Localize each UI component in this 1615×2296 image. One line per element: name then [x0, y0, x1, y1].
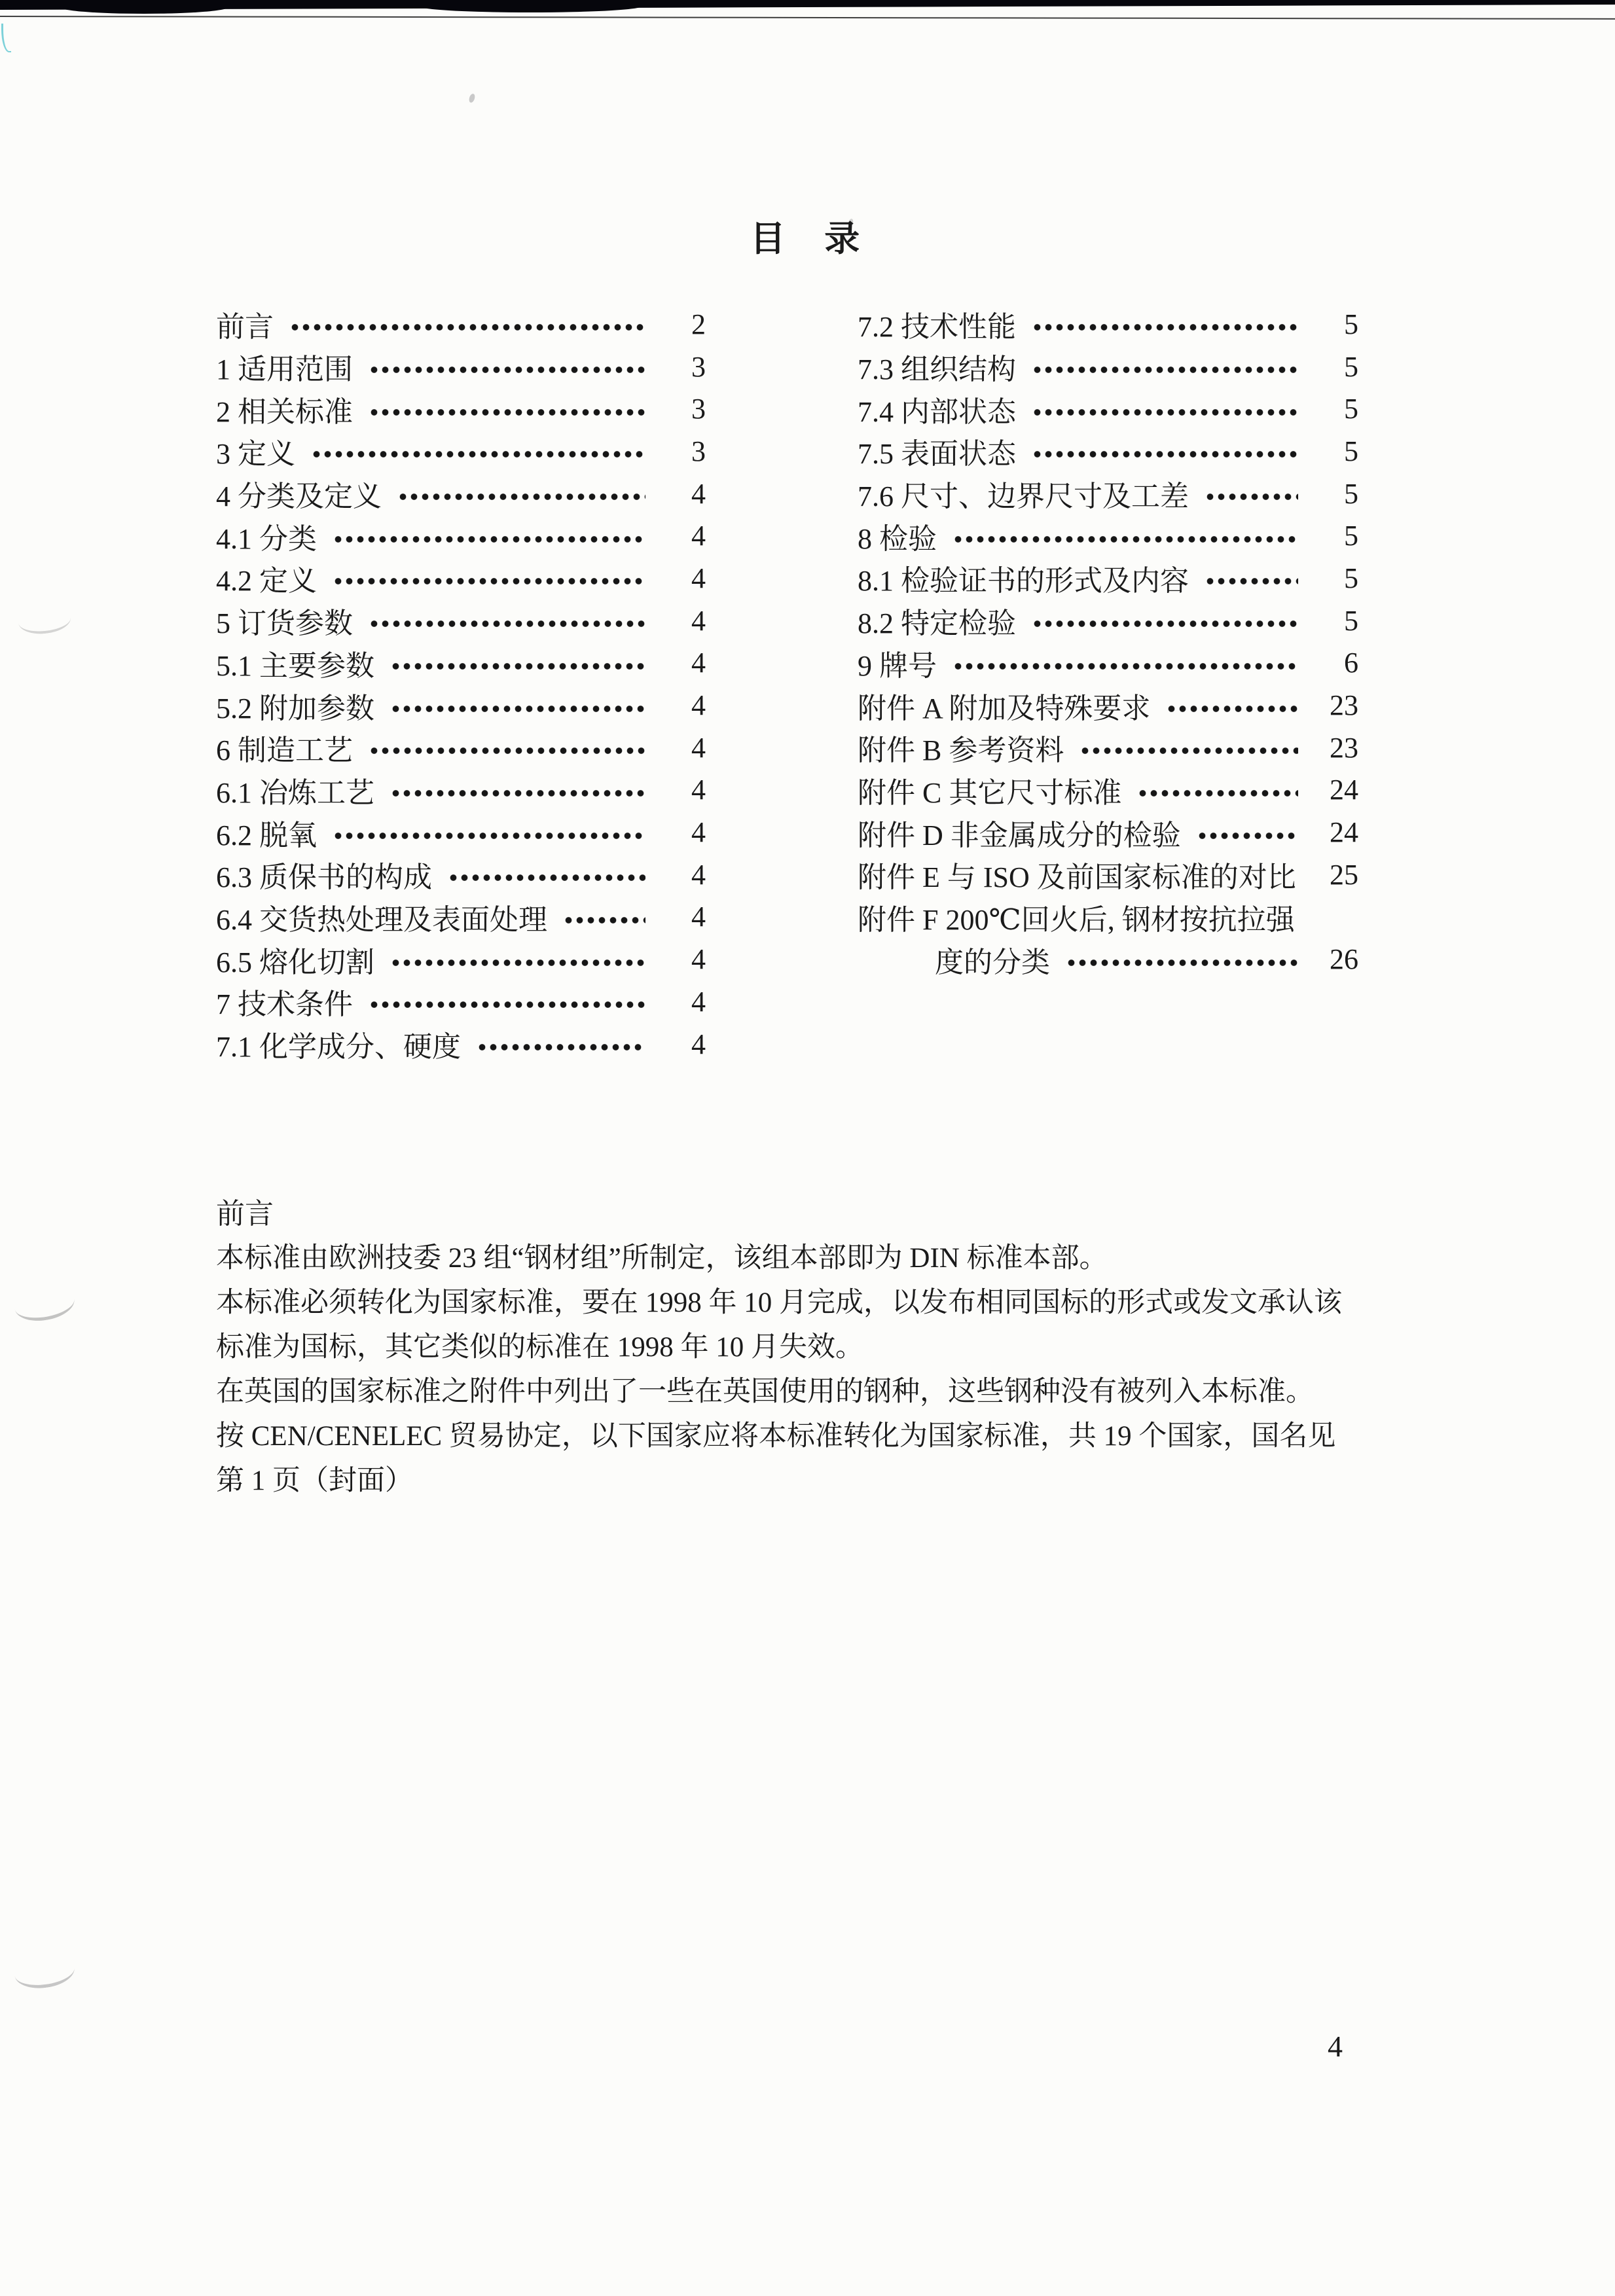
toc-entry: 附件 F 200℃回火后, 钢材按抗拉强 — [858, 896, 1358, 939]
toc-entry-label: 5.2 附加参数 — [216, 685, 374, 726]
toc-entry-label: 6 制造工艺 — [216, 726, 353, 768]
toc-entry-page: 26 — [1309, 942, 1358, 976]
toc-entry-label: 8.2 特定检验 — [858, 600, 1016, 641]
toc-entry-page: 5 — [1309, 350, 1358, 384]
toc-entry: 6.3 质保书的构成4 — [216, 853, 706, 896]
toc-entry: 前言2 — [216, 303, 706, 346]
toc-entry: 7.3 组织结构5 — [858, 346, 1358, 388]
toc-entry-page: 3 — [656, 392, 706, 425]
toc-entry-leader — [1032, 408, 1298, 416]
toc-entry-label: 附件 E 与 ISO 及前国家标准的对比 — [858, 853, 1296, 895]
scan-artifact-top-line — [0, 16, 1615, 20]
toc-entry-leader — [1197, 832, 1298, 840]
toc-entry: 附件 A 附加及特殊要求23 — [858, 684, 1358, 726]
toc-entry-page: 4 — [656, 858, 706, 891]
toc-entry-label: 6.4 交货热处理及表面处理 — [216, 896, 547, 938]
toc-entry-leader — [563, 916, 645, 924]
toc-entry-leader — [333, 577, 645, 585]
toc-entry-page: 2 — [656, 308, 706, 341]
toc-entry-page: 5 — [1309, 392, 1358, 425]
toc-entry: 4.2 定义4 — [216, 557, 706, 600]
foreword-body: 本标准由欧洲技委 23 组“钢材组”所制定，该组本部即为 DIN 标准本部。本标… — [216, 1236, 1394, 1503]
toc-entry-page: 5 — [1309, 477, 1358, 511]
toc-entry-leader — [1032, 450, 1298, 458]
toc-entry-leader — [1032, 366, 1298, 374]
toc-entry-leader — [369, 1001, 645, 1009]
foreword-line: 标准为国标，其它类似的标准在 1998 年 10 月失效。 — [216, 1325, 1394, 1369]
toc-entry-page: 24 — [1309, 773, 1358, 806]
toc-entry-label: 6.5 熔化切割 — [216, 939, 374, 980]
foreword-heading: 前言 — [216, 1190, 1394, 1236]
toc-entry-label: 度的分类 — [935, 939, 1050, 980]
page-number: 4 — [1328, 2029, 1343, 2064]
toc-entry: 附件 E 与 ISO 及前国家标准的对比25 — [858, 853, 1358, 896]
foreword-section: 前言 本标准由欧洲技委 23 组“钢材组”所制定，该组本部即为 DIN 标准本部… — [216, 1190, 1394, 1503]
toc-entry-label: 7.5 表面状态 — [858, 430, 1016, 472]
toc-entry-label: 7.3 组织结构 — [858, 346, 1016, 387]
toc-entry-page: 25 — [1309, 858, 1358, 891]
scan-artifact-top-blob — [419, 0, 642, 12]
toc-left-column: 前言21 适用范围32 相关标准33 定义34 分类及定义44.1 分类44.2… — [216, 303, 706, 1065]
toc-entry: 2 相关标准3 — [216, 387, 706, 430]
scan-artifact-binder-mark — [17, 605, 72, 636]
toc-entry: 7.6 尺寸、边界尺寸及工差5 — [858, 473, 1358, 515]
toc-entry-page: 6 — [1309, 646, 1358, 679]
toc-entry-page: 24 — [1309, 816, 1358, 849]
toc-entry-page: 4 — [656, 477, 706, 511]
toc-entry-label: 6.3 质保书的构成 — [216, 853, 432, 895]
toc-entry-leader — [333, 535, 645, 543]
foreword-line: 本标准必须转化为国家标准，要在 1998 年 10 月完成，以发布相同国标的形式… — [216, 1280, 1394, 1325]
toc-entry-leader — [311, 450, 645, 458]
toc-entry-label: 附件 A 附加及特殊要求 — [858, 685, 1150, 726]
toc-entry-leader — [1032, 323, 1298, 331]
toc-entry-label: 附件 F 200℃回火后, 钢材按抗拉强 — [858, 896, 1295, 938]
scan-artifact-binder-mark — [12, 1952, 77, 1992]
toc-entry-label: 7.4 内部状态 — [858, 388, 1016, 430]
toc-entry-page: 23 — [1309, 689, 1358, 722]
toc-entry: 1 适用范围3 — [216, 346, 706, 388]
toc-entry: 8.1 检验证书的形式及内容5 — [858, 557, 1358, 600]
toc-entry: 7.1 化学成分、硬度4 — [216, 1023, 706, 1066]
toc-entry-leader — [953, 535, 1298, 543]
toc-entry-page: 3 — [656, 435, 706, 468]
toc-entry-label: 附件 D 非金属成分的检验 — [858, 812, 1181, 853]
foreword-line: 在英国的国家标准之附件中列出了一些在英国使用的钢种，这些钢种没有被列入本标准。 — [216, 1369, 1394, 1414]
toc-entry-leader — [1066, 959, 1298, 967]
toc-entry-leader — [369, 620, 645, 628]
foreword-line: 第 1 页（封面） — [216, 1458, 1394, 1503]
toc-entry-page: 5 — [1309, 308, 1358, 341]
toc-entry: 7.2 技术性能5 — [858, 303, 1358, 346]
scan-artifact-top-blob — [59, 0, 229, 14]
toc-entry-label: 附件 C 其它尺寸标准 — [858, 769, 1121, 811]
toc-entry-leader — [1205, 493, 1298, 501]
toc-entry-leader — [369, 747, 645, 755]
toc-entry-label: 4.2 定义 — [216, 557, 317, 599]
toc-entry: 6.2 脱氧4 — [216, 811, 706, 853]
toc-entry-leader — [953, 662, 1298, 670]
toc-entry-leader — [477, 1043, 645, 1051]
toc-entry-page: 4 — [656, 562, 706, 595]
document-page: 目 录 前言21 适用范围32 相关标准33 定义34 分类及定义44.1 分类… — [0, 0, 1615, 2296]
toc-entry-page: 5 — [1309, 435, 1358, 468]
toc-entry: 7.5 表面状态5 — [858, 430, 1358, 473]
toc-entry: 8.2 特定检验5 — [858, 600, 1358, 642]
toc-entry-page: 4 — [656, 689, 706, 722]
toc-entry-page: 4 — [656, 1028, 706, 1061]
toc-entry-label: 附件 B 参考资料 — [858, 726, 1064, 768]
toc-entry-leader — [390, 705, 645, 713]
page-title: 目 录 — [0, 211, 1615, 261]
toc-entry: 6.5 熔化切割4 — [216, 938, 706, 980]
toc-entry-leader — [1080, 747, 1298, 755]
toc-entry-leader — [448, 874, 645, 882]
toc-entry-page: 5 — [1309, 519, 1358, 552]
toc-entry: 5 订货参数4 — [216, 600, 706, 642]
toc-entry: 7 技术条件4 — [216, 980, 706, 1023]
toc-entry: 5.1 主要参数4 — [216, 642, 706, 685]
toc-entry-page: 23 — [1309, 731, 1358, 764]
toc-entry-leader — [390, 662, 645, 670]
toc-entry: 3 定义3 — [216, 430, 706, 473]
toc-entry-leader — [1166, 705, 1298, 713]
toc-entry-page: 5 — [1309, 604, 1358, 637]
toc-entry: 8 检验5 — [858, 514, 1358, 557]
toc-entry: 4 分类及定义4 — [216, 473, 706, 515]
toc-entry: 6.1 冶炼工艺4 — [216, 769, 706, 812]
toc-entry-label: 7.1 化学成分、硬度 — [216, 1023, 461, 1065]
scan-artifact-binder-mark — [12, 1283, 77, 1325]
toc-entry: 5.2 附加参数4 — [216, 684, 706, 726]
toc-entry-leader — [1032, 620, 1298, 628]
toc-entry-label: 7.6 尺寸、边界尺寸及工差 — [858, 473, 1189, 514]
toc-entry-leader — [390, 789, 645, 797]
toc-entry-leader — [390, 959, 645, 967]
toc-entry: 附件 B 参考资料23 — [858, 726, 1358, 769]
toc-entry-label: 4 分类及定义 — [216, 473, 382, 514]
toc-entry: 附件 C 其它尺寸标准24 — [858, 769, 1358, 812]
toc-entry-page: 3 — [656, 350, 706, 384]
toc-entry-leader — [289, 323, 645, 331]
toc-entry-label: 4.1 分类 — [216, 515, 317, 557]
toc-entry-page: 4 — [656, 773, 706, 806]
toc-entry-label: 9 牌号 — [858, 642, 937, 684]
foreword-line: 按 CEN/CENELEC 贸易协定，以下国家应将本标准转化为国家标准，共 19… — [216, 1414, 1394, 1458]
toc-entry-label: 7 技术条件 — [216, 980, 353, 1022]
toc-entry-page: 4 — [656, 519, 706, 552]
toc-entry-leader — [1205, 577, 1298, 585]
toc-entry: 度的分类26 — [858, 938, 1358, 980]
toc-entry-label: 8 检验 — [858, 515, 937, 557]
toc-entry-label: 6.1 冶炼工艺 — [216, 769, 374, 811]
toc-entry-label: 8.1 检验证书的形式及内容 — [858, 557, 1189, 599]
toc-entry: 附件 D 非金属成分的检验24 — [858, 811, 1358, 853]
toc-entry-label: 3 定义 — [216, 430, 295, 472]
toc-entry-leader — [333, 832, 645, 840]
toc-entry-leader — [1137, 789, 1298, 797]
toc-entry-leader — [397, 493, 645, 501]
toc-entry-label: 2 相关标准 — [216, 388, 353, 430]
toc-entry-leader — [369, 366, 645, 374]
toc-entry: 4.1 分类4 — [216, 514, 706, 557]
toc-entry-label: 6.2 脱氧 — [216, 812, 317, 853]
toc-entry-label: 1 适用范围 — [216, 346, 353, 387]
toc-right-column: 7.2 技术性能57.3 组织结构57.4 内部状态57.5 表面状态57.6 … — [858, 303, 1358, 980]
toc-entry-page: 4 — [656, 731, 706, 764]
toc-entry-label: 7.2 技术性能 — [858, 303, 1016, 345]
toc-entry-page: 4 — [656, 646, 706, 679]
toc-entry-label: 5 订货参数 — [216, 600, 353, 641]
toc-entry-page: 4 — [656, 604, 706, 637]
toc-entry-label: 5.1 主要参数 — [216, 642, 374, 684]
toc-entry-label: 前言 — [216, 303, 274, 345]
toc-entry-page: 4 — [656, 985, 706, 1018]
scan-artifact-cyan-mark — [1, 24, 11, 52]
toc-entry-page: 4 — [656, 942, 706, 976]
toc-entry-leader — [369, 408, 645, 416]
toc-entry: 6.4 交货热处理及表面处理4 — [216, 896, 706, 939]
toc-entry-page: 4 — [656, 816, 706, 849]
toc-entry-page: 4 — [656, 900, 706, 933]
toc-entry: 7.4 内部状态5 — [858, 387, 1358, 430]
foreword-line: 本标准由欧洲技委 23 组“钢材组”所制定，该组本部即为 DIN 标准本部。 — [216, 1236, 1394, 1280]
toc-entry: 9 牌号6 — [858, 642, 1358, 685]
scan-artifact-top-band — [0, 0, 1615, 10]
toc-entry-page: 5 — [1309, 562, 1358, 595]
scan-artifact-speck — [468, 93, 476, 103]
toc-entry: 6 制造工艺4 — [216, 726, 706, 769]
